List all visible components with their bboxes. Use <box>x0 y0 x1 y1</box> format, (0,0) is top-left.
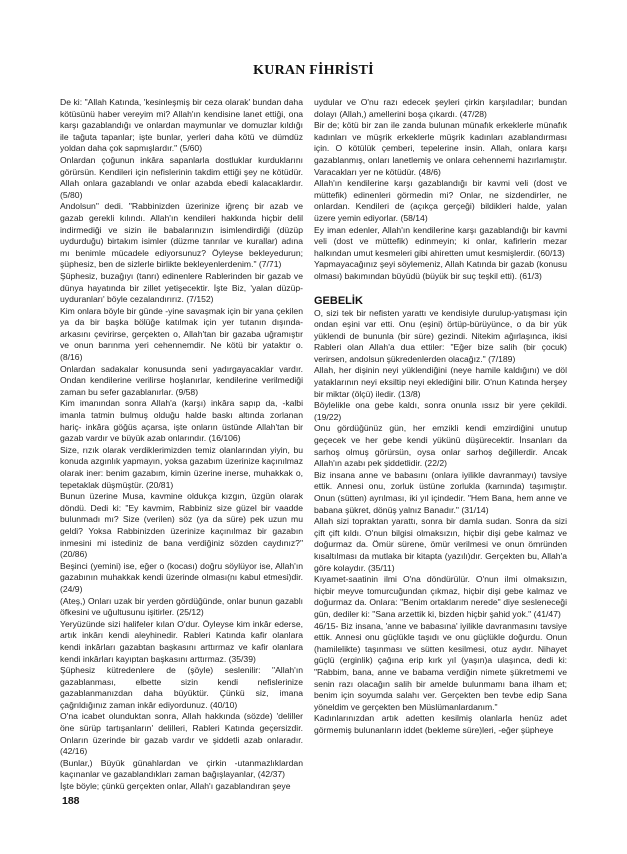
index-entry: Şüphesiz, buzağıyı (tanrı) edinenlere Ra… <box>60 271 303 306</box>
page-title: KURAN FİHRİSTİ <box>0 63 627 79</box>
index-entry: Yapmayacağınız şeyi söylemeniz, Allah Ka… <box>314 259 567 282</box>
index-entry: Allah'ın kendilerine karşı gazablandığı … <box>314 178 567 224</box>
index-entry: Kim onlara böyle bir günde -yine savaşma… <box>60 306 303 364</box>
index-entry: Kim imanından sonra Allah'a (karşı) inkâ… <box>60 398 303 444</box>
right-column: uydular ve O'nu razı edecek şeyleri çirk… <box>314 97 567 736</box>
index-entry: (Bunlar,) Büyük günahlardan ve çirkin -u… <box>60 758 303 781</box>
index-entry: 46/15- Biz insana, 'anne ve babasına' iy… <box>314 621 567 714</box>
index-entry: Andolsun" dedi. "Rabbinizden üzerinize i… <box>60 201 303 271</box>
index-entry: Size, rızık olarak verdiklerimizden temi… <box>60 445 303 491</box>
index-entry: Onlardan çoğunun inkâra sapanlarla dostl… <box>60 155 303 201</box>
index-entry: Ey iman edenler, Allah'ın kendilerine ka… <box>314 225 567 260</box>
index-entry: Bunun üzerine Musa, kavmine oldukça kızg… <box>60 491 303 561</box>
index-entry: De ki: "Allah Katında, 'kesinleşmiş bir … <box>60 97 303 155</box>
index-entry: Onu gördüğünüz gün, her emzikli kendi em… <box>314 423 567 469</box>
page-number: 188 <box>62 795 80 807</box>
index-entry: Bir de; kötü bir zan ile zanda bulunan m… <box>314 120 567 178</box>
index-entry: uydular ve O'nu razı edecek şeyleri çirk… <box>314 97 567 120</box>
index-entry: Böylelikle ona gebe kaldı, sonra onunla … <box>314 400 567 423</box>
index-entry: Allah, her dişinin neyi yüklendiğini (ne… <box>314 365 567 400</box>
section-heading-gebelik: GEBELİK <box>314 295 567 308</box>
index-entry: Yeryüzünde sizi halifeler kılan O'dur. Ö… <box>60 619 303 665</box>
index-entry: Kıyamet-saatinin ilmi O'na döndürülür. O… <box>314 574 567 620</box>
index-entry: Allah sizi topraktan yarattı, sonra bir … <box>314 516 567 574</box>
index-entry: Kadınlarınızdan artık adetten kesilmiş o… <box>314 713 567 736</box>
index-entry: İşte böyle; çünkü gerçekten onlar, Allah… <box>60 781 303 793</box>
index-entry: Onlardan sadakalar konusunda seni yadırg… <box>60 364 303 399</box>
index-entry: O, sizi tek bir nefisten yarattı ve kend… <box>314 308 567 366</box>
index-entry: (Ateş,) Onları uzak bir yerden gördüğünd… <box>60 596 303 619</box>
index-entry: Biz insana anne ve babasını (onlara iyil… <box>314 470 567 516</box>
index-entry: Şüphesiz kütredenlere de (şöyle) sesleni… <box>60 665 303 711</box>
index-entry: O'na icabet olunduktan sonra, Allah hakk… <box>60 711 303 757</box>
left-column: De ki: "Allah Katında, 'kesinleşmiş bir … <box>60 97 303 793</box>
index-entry: Beşinci (yemini) ise, eğer o (kocası) do… <box>60 561 303 596</box>
